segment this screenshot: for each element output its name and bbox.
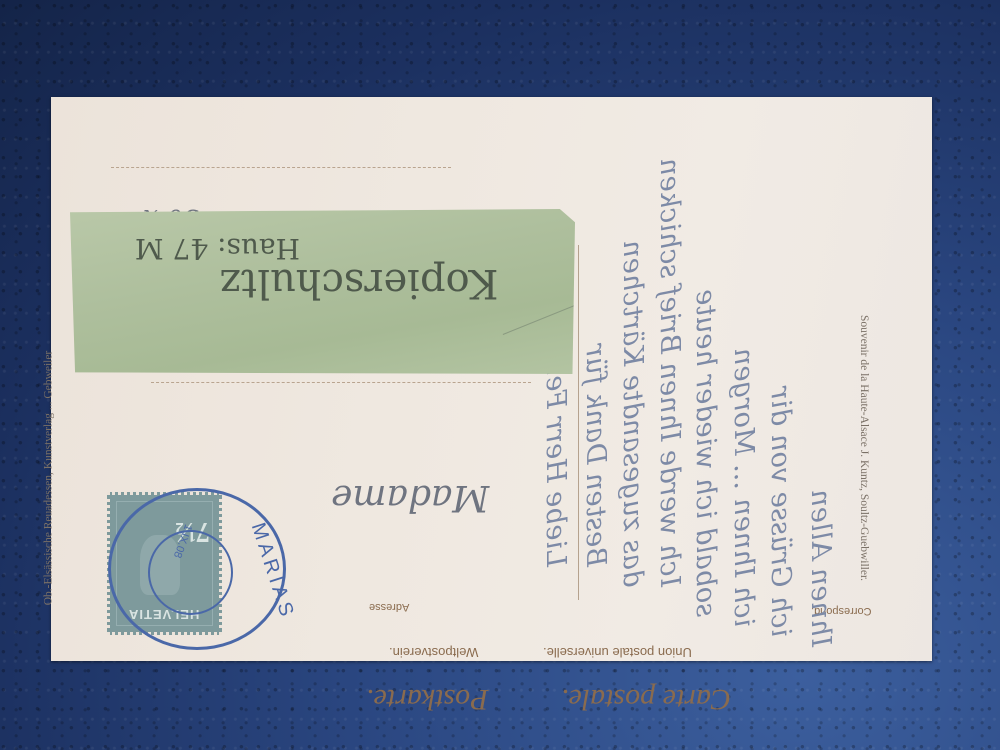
address-label: Adresse xyxy=(369,601,409,613)
message-line: ich Grüsse von dir xyxy=(765,387,796,637)
slip-crease xyxy=(503,304,578,335)
union-postale-text: Union postale universelle. xyxy=(543,645,692,660)
address-line-2: Madame xyxy=(331,477,489,518)
slip-text-line-2: Haus: 47 M xyxy=(135,232,300,265)
publisher-imprint-left: Ob.-Elsässische Reuadessen, Kunstverlag … xyxy=(42,351,54,606)
message-line: sobald ich wieder heute xyxy=(690,289,721,617)
publisher-imprint-right: Souvenir de la Haute-Alsace J. Kuntz, So… xyxy=(858,315,870,581)
title-carte-postale: Carte postale. xyxy=(561,682,731,716)
title-postkarte: Postkarte. xyxy=(366,682,488,716)
postmark-inner-ring xyxy=(148,530,233,615)
message-line: ich Ihnen ... Morgen xyxy=(728,348,759,627)
message-line: Ich werde Ihnen Brief schicken xyxy=(654,158,685,587)
address-dotted-line xyxy=(151,382,531,383)
slip-text-line-1: Kopiersch​ultz xyxy=(220,260,498,306)
message-line: Ihnen Allen xyxy=(805,489,836,647)
card-divider-line xyxy=(578,245,579,600)
address-dotted-line xyxy=(111,167,451,168)
weltpostverein-text: Weltpostverein. xyxy=(389,645,478,660)
message-line: das zugesandte Kärtchen xyxy=(617,240,648,587)
message-line: Besten Dank für xyxy=(580,344,611,567)
